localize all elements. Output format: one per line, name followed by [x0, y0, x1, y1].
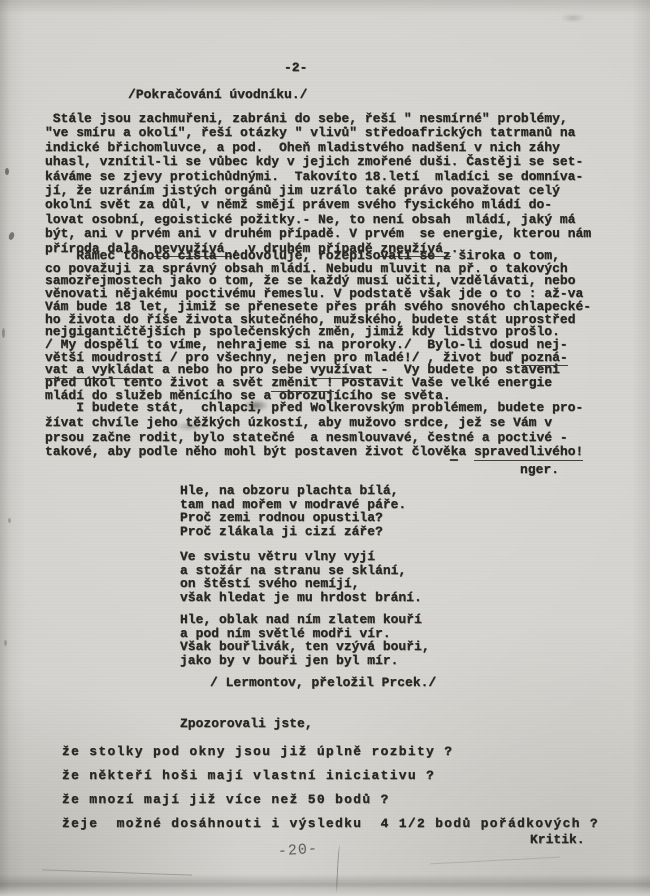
- text-line: lovat osobní, egoistické požitky.- Ne, t…: [45, 213, 591, 227]
- paper-speck: [8, 231, 15, 240]
- text-line: okolní svět za důl, v němž smějí právem …: [45, 198, 591, 212]
- text-line: a stožár na stranu se sklání,: [180, 564, 422, 578]
- text-line: uhasl, vznítil-li se vůbec kdy v jejich …: [45, 155, 591, 169]
- text-segment: že stolky pod okny jsou již úplně rozbit…: [62, 744, 453, 759]
- text-line: I budete stát, chlapci, před Wolkerovský…: [45, 401, 583, 416]
- text-line: káváme se zjevy protichůdnými. Takovíto …: [45, 170, 591, 184]
- poem-stanza-1: Hle, na obzoru plachta bílá,tam nad moře…: [180, 484, 406, 539]
- paper-speck: [5, 168, 9, 175]
- text-segment: indické břichomluvce, a pod. Oheň mladis…: [45, 140, 560, 155]
- text-line: že mnozí mají již více než 50 bodů ?: [62, 788, 599, 812]
- paper-crease: [430, 857, 560, 865]
- paper-speck: [2, 328, 5, 338]
- text-segment: lovat osobní, egoistické požitky.- Ne, t…: [45, 212, 576, 227]
- text-line: Však bouřlivák, ten vzývá bouři,: [180, 640, 430, 654]
- text-segment: však hledat je mu hrdost brání.: [180, 590, 422, 605]
- page-bottom-edge-shadow: [0, 874, 650, 896]
- text-line: Proč zlákala ji cizí záře?: [180, 525, 406, 539]
- text-line: Hle, oblak nad ním zlatem kouří: [180, 613, 430, 627]
- page-number-top: -2-: [284, 60, 307, 75]
- text-line: jako by v bouři jen byl mír.: [180, 654, 430, 668]
- text-line: Hle, na obzoru plachta bílá,: [180, 484, 406, 498]
- text-line: tam nad mořem v modravé páře.: [180, 498, 406, 512]
- text-segment: Stále jsou zachmuřeni, zabráni do sebe, …: [45, 111, 568, 126]
- text-segment: žeje možné dosáhnouti i výsledku 4 1/2 b…: [62, 816, 599, 831]
- editorial-paragraph-1: Stále jsou zachmuřeni, zabráni do sebe, …: [45, 112, 591, 256]
- text-line: Ve svistu větru vlny vyjí: [180, 550, 422, 564]
- text-line: však hledat je mu hrdost brání.: [180, 591, 422, 605]
- closing-signature: Kritik.: [530, 832, 585, 847]
- editorial-paragraph-3: I budete stát, chlapci, před Wolkerovský…: [45, 401, 583, 460]
- poem-stanza-3: Hle, oblak nad ním zlatem kouřía pod ním…: [180, 613, 430, 668]
- text-segment: káváme se zjevy protichůdnými. Takovíto …: [45, 169, 583, 184]
- poem-attribution: / Lermontov, přeložil Prcek./: [210, 675, 436, 690]
- text-line: jí, že uzráním jistých orgánů jim uzrálo…: [45, 184, 591, 198]
- text-line: prsou začne rodit, bylo statečné a nesml…: [45, 431, 583, 446]
- text-line: on štěstí svého nemíjí,: [180, 577, 422, 591]
- paper-speck: [4, 640, 7, 646]
- text-line: žívat chvíle jeho těžkých úzkostí, aby m…: [45, 416, 583, 431]
- scanned-paper-page: -2- /Pokračování úvodníku./ Stále jsou z…: [0, 0, 650, 896]
- ink-smudge: [238, 397, 274, 414]
- text-line: Stále jsou zachmuřeni, zabráni do sebe, …: [45, 112, 591, 126]
- editorial-signature: nger.: [520, 462, 559, 477]
- text-line: a pod ním světlé modři vír.: [180, 627, 430, 641]
- text-segment: žívat chvíle jeho těžkých úzkostí, aby m…: [45, 415, 552, 430]
- text-segment: být, ani v prvém ani v druhém případě. V…: [45, 226, 591, 241]
- text-segment: uhasl, vznítil-li se vůbec kdy v jejich …: [45, 154, 583, 169]
- signature-dash: —: [450, 452, 458, 467]
- text-segment: okolní svět za důl, v němž smějí právem …: [45, 197, 552, 212]
- text-segment: jako by v bouři jen byl mír.: [180, 653, 398, 668]
- text-line: žeje možné dosáhnouti i výsledku 4 1/2 b…: [62, 812, 599, 836]
- text-segment: že někteří hoši mají vlastní iniciativu …: [62, 768, 435, 783]
- paper-speck: [8, 518, 11, 523]
- text-segment: takové, aby podle něho mohl být postaven…: [45, 444, 474, 459]
- text-segment: prsou začne rodit, bylo statečné a nesml…: [45, 430, 568, 445]
- text-segment: I budete stát, chlapci, před Wolkerovský…: [45, 400, 583, 415]
- text-line: Proč zemi rodnou opustila?: [180, 511, 406, 525]
- poem-stanza-2: Ve svistu větru vlny vyjía stožár na str…: [180, 550, 422, 605]
- text-segment: jí, že uzráním jistých orgánů jim uzrálo…: [45, 183, 560, 198]
- page-number-bottom-pencil: -20-: [277, 841, 318, 861]
- underlined-text: spravedlivého!: [474, 444, 583, 461]
- questions-list: že stolky pod okny jsou již úplně rozbit…: [62, 740, 599, 836]
- editorial-heading: /Pokračování úvodníku./: [128, 87, 307, 102]
- text-line: že někteří hoši mají vlastní iniciativu …: [62, 764, 599, 788]
- text-line: že stolky pod okny jsou již úplně rozbit…: [62, 740, 599, 764]
- ink-smudge: [168, 420, 212, 433]
- text-segment: Proč zlákala ji cizí záře?: [180, 524, 383, 539]
- text-segment: že mnozí mají již více než 50 bodů ?: [62, 792, 390, 807]
- text-segment: "ve smíru a okolí", řeší otázky " vlivů"…: [45, 125, 576, 140]
- questions-intro: Zpozorovali jste,: [180, 716, 313, 731]
- text-line: být, ani v prvém ani v druhém případě. V…: [45, 227, 591, 241]
- text-line: "ve smíru a okolí", řeší otázky " vlivů"…: [45, 126, 591, 140]
- editorial-paragraph-2: Rámec tohoto čísla nedovoluje, rozepisov…: [45, 250, 591, 402]
- text-line: takové, aby podle něho mohl být postaven…: [45, 445, 583, 460]
- paper-smudge: [556, 12, 590, 24]
